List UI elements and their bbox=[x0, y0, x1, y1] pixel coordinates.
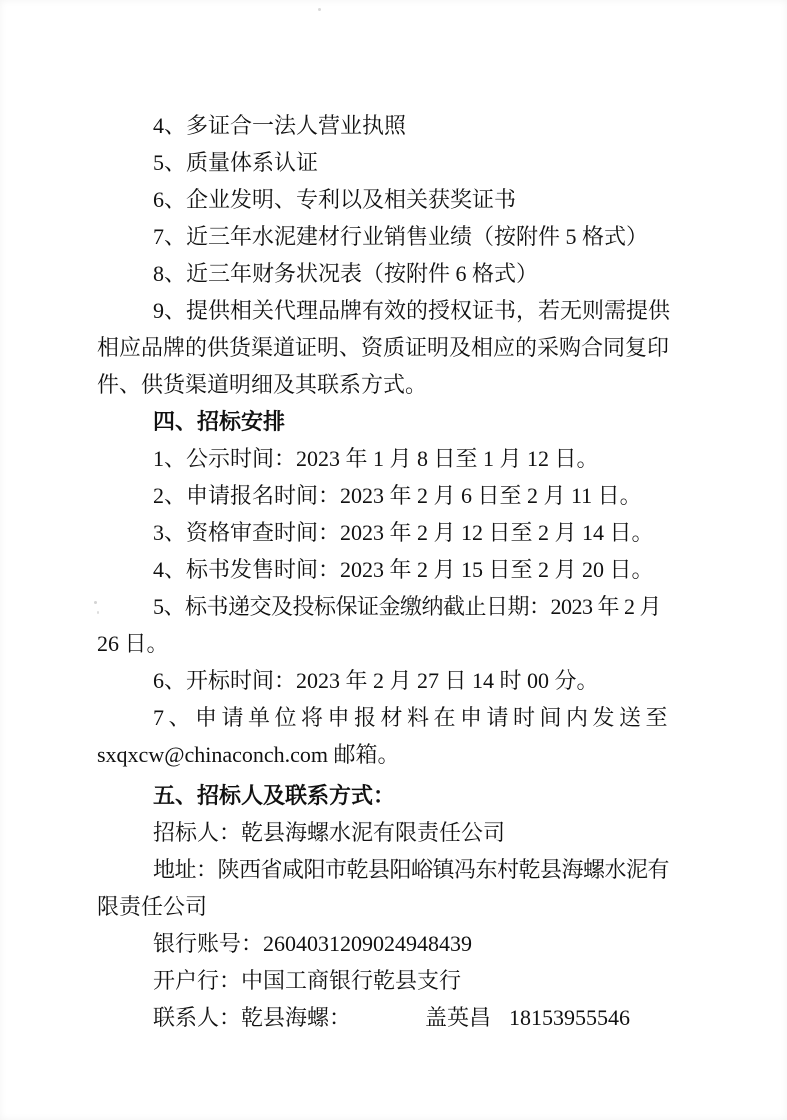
qualification-item-8: 8、近三年财务状况表（按附件 6 格式） bbox=[97, 255, 676, 292]
schedule-item-7-line-2-email: sxqxcw@chinaconch.com 邮箱。 bbox=[97, 736, 676, 773]
document-page: 4、多证合一法人营业执照 5、质量体系认证 6、企业发明、专利以及相关获奖证书 … bbox=[0, 0, 787, 1120]
schedule-item-3: 3、资格审查时间：2023 年 2 月 12 日至 2 月 14 日。 bbox=[97, 514, 676, 551]
qualification-item-9-line-2: 相应品牌的供货渠道证明、资质证明及相应的采购合同复印 bbox=[97, 329, 676, 366]
schedule-item-6: 6、开标时间：2023 年 2 月 27 日 14 时 00 分。 bbox=[97, 662, 676, 699]
contact-line: 联系人：乾县海螺：盖英昌18153955546 bbox=[97, 999, 676, 1036]
schedule-item-5-line-2: 26 日。 bbox=[97, 625, 676, 662]
schedule-item-5-line-1: 5、标书递交及投标保证金缴纳截止日期：2023 年 2 月 bbox=[97, 588, 676, 625]
document-body: 4、多证合一法人营业执照 5、质量体系认证 6、企业发明、专利以及相关获奖证书 … bbox=[97, 107, 676, 1036]
tenderer-line: 招标人：乾县海螺水泥有限责任公司 bbox=[97, 814, 676, 851]
contact-person-name: 盖英昌 bbox=[425, 1005, 491, 1030]
address-line-2: 限责任公司 bbox=[97, 888, 676, 925]
schedule-item-4: 4、标书发售时间：2023 年 2 月 15 日至 2 月 20 日。 bbox=[97, 551, 676, 588]
qualification-item-4: 4、多证合一法人营业执照 bbox=[97, 107, 676, 144]
schedule-item-2: 2、申请报名时间：2023 年 2 月 6 日至 2 月 11 日。 bbox=[97, 477, 676, 514]
qualification-item-9-line-3: 件、供货渠道明细及其联系方式。 bbox=[97, 366, 676, 403]
qualification-item-5: 5、质量体系认证 bbox=[97, 144, 676, 181]
contact-label: 联系人：乾县海螺： bbox=[153, 1005, 351, 1030]
schedule-item-1: 1、公示时间：2023 年 1 月 8 日至 1 月 12 日。 bbox=[97, 440, 676, 477]
section-heading-tender-schedule: 四、招标安排 bbox=[97, 403, 676, 440]
contact-phone-number: 18153955546 bbox=[509, 1005, 630, 1030]
address-line-1: 地址：陕西省咸阳市乾县阳峪镇冯东村乾县海螺水泥有 bbox=[97, 851, 676, 888]
qualification-item-9-line-1: 9、提供相关代理品牌有效的授权证书，若无则需提供 bbox=[97, 292, 676, 329]
section-heading-tenderer-contact: 五、招标人及联系方式： bbox=[97, 777, 676, 814]
scan-speckle bbox=[318, 8, 321, 11]
qualification-item-6: 6、企业发明、专利以及相关获奖证书 bbox=[97, 181, 676, 218]
bank-branch-line: 开户行：中国工商银行乾县支行 bbox=[97, 962, 676, 999]
schedule-item-7-line-1: 7、申请单位将申报材料在申请时间内发送至 bbox=[97, 699, 676, 736]
qualification-item-7: 7、近三年水泥建材行业销售业绩（按附件 5 格式） bbox=[97, 218, 676, 255]
bank-account-line: 银行账号：2604031209024948439 bbox=[97, 925, 676, 962]
